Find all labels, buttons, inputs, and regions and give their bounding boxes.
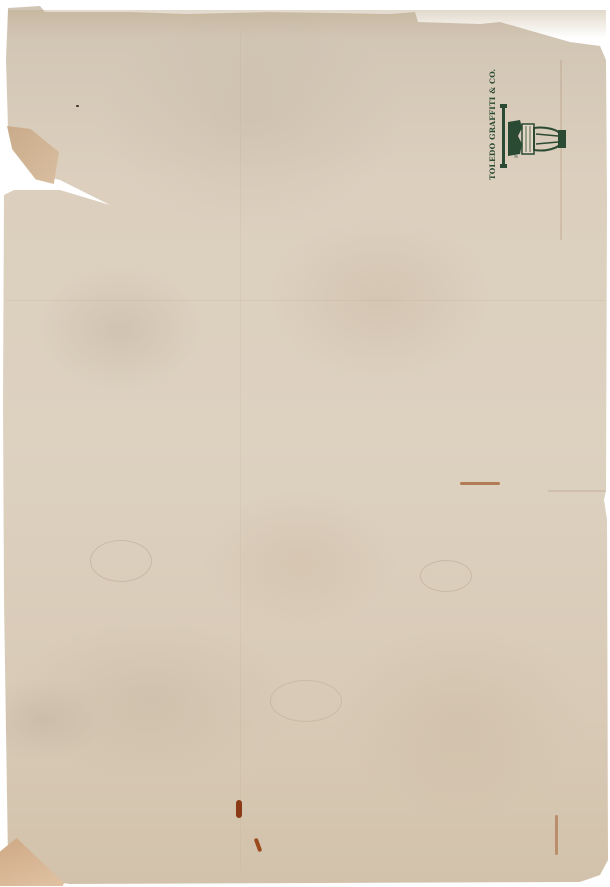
dark-speck — [76, 105, 79, 107]
crease — [6, 300, 606, 301]
letterhead-stamp: TOLEDO GRAFFITI & CO. PROTECTED — [484, 104, 572, 170]
crease — [240, 30, 241, 870]
paper-sheet: TOLEDO GRAFFITI & CO. PROTECTED — [0, 0, 610, 887]
water-stain — [270, 680, 342, 722]
rust-stain — [236, 800, 242, 818]
rust-stain — [555, 815, 558, 855]
water-stain — [90, 540, 152, 582]
crease — [548, 490, 606, 492]
water-stain — [420, 560, 472, 592]
stamp-bar — [502, 106, 505, 166]
rust-stain — [460, 482, 500, 485]
stamp-subtext: PROTECTED — [515, 119, 525, 167]
stamp-company-name: TOLEDO GRAFFITI & CO. — [488, 98, 502, 180]
